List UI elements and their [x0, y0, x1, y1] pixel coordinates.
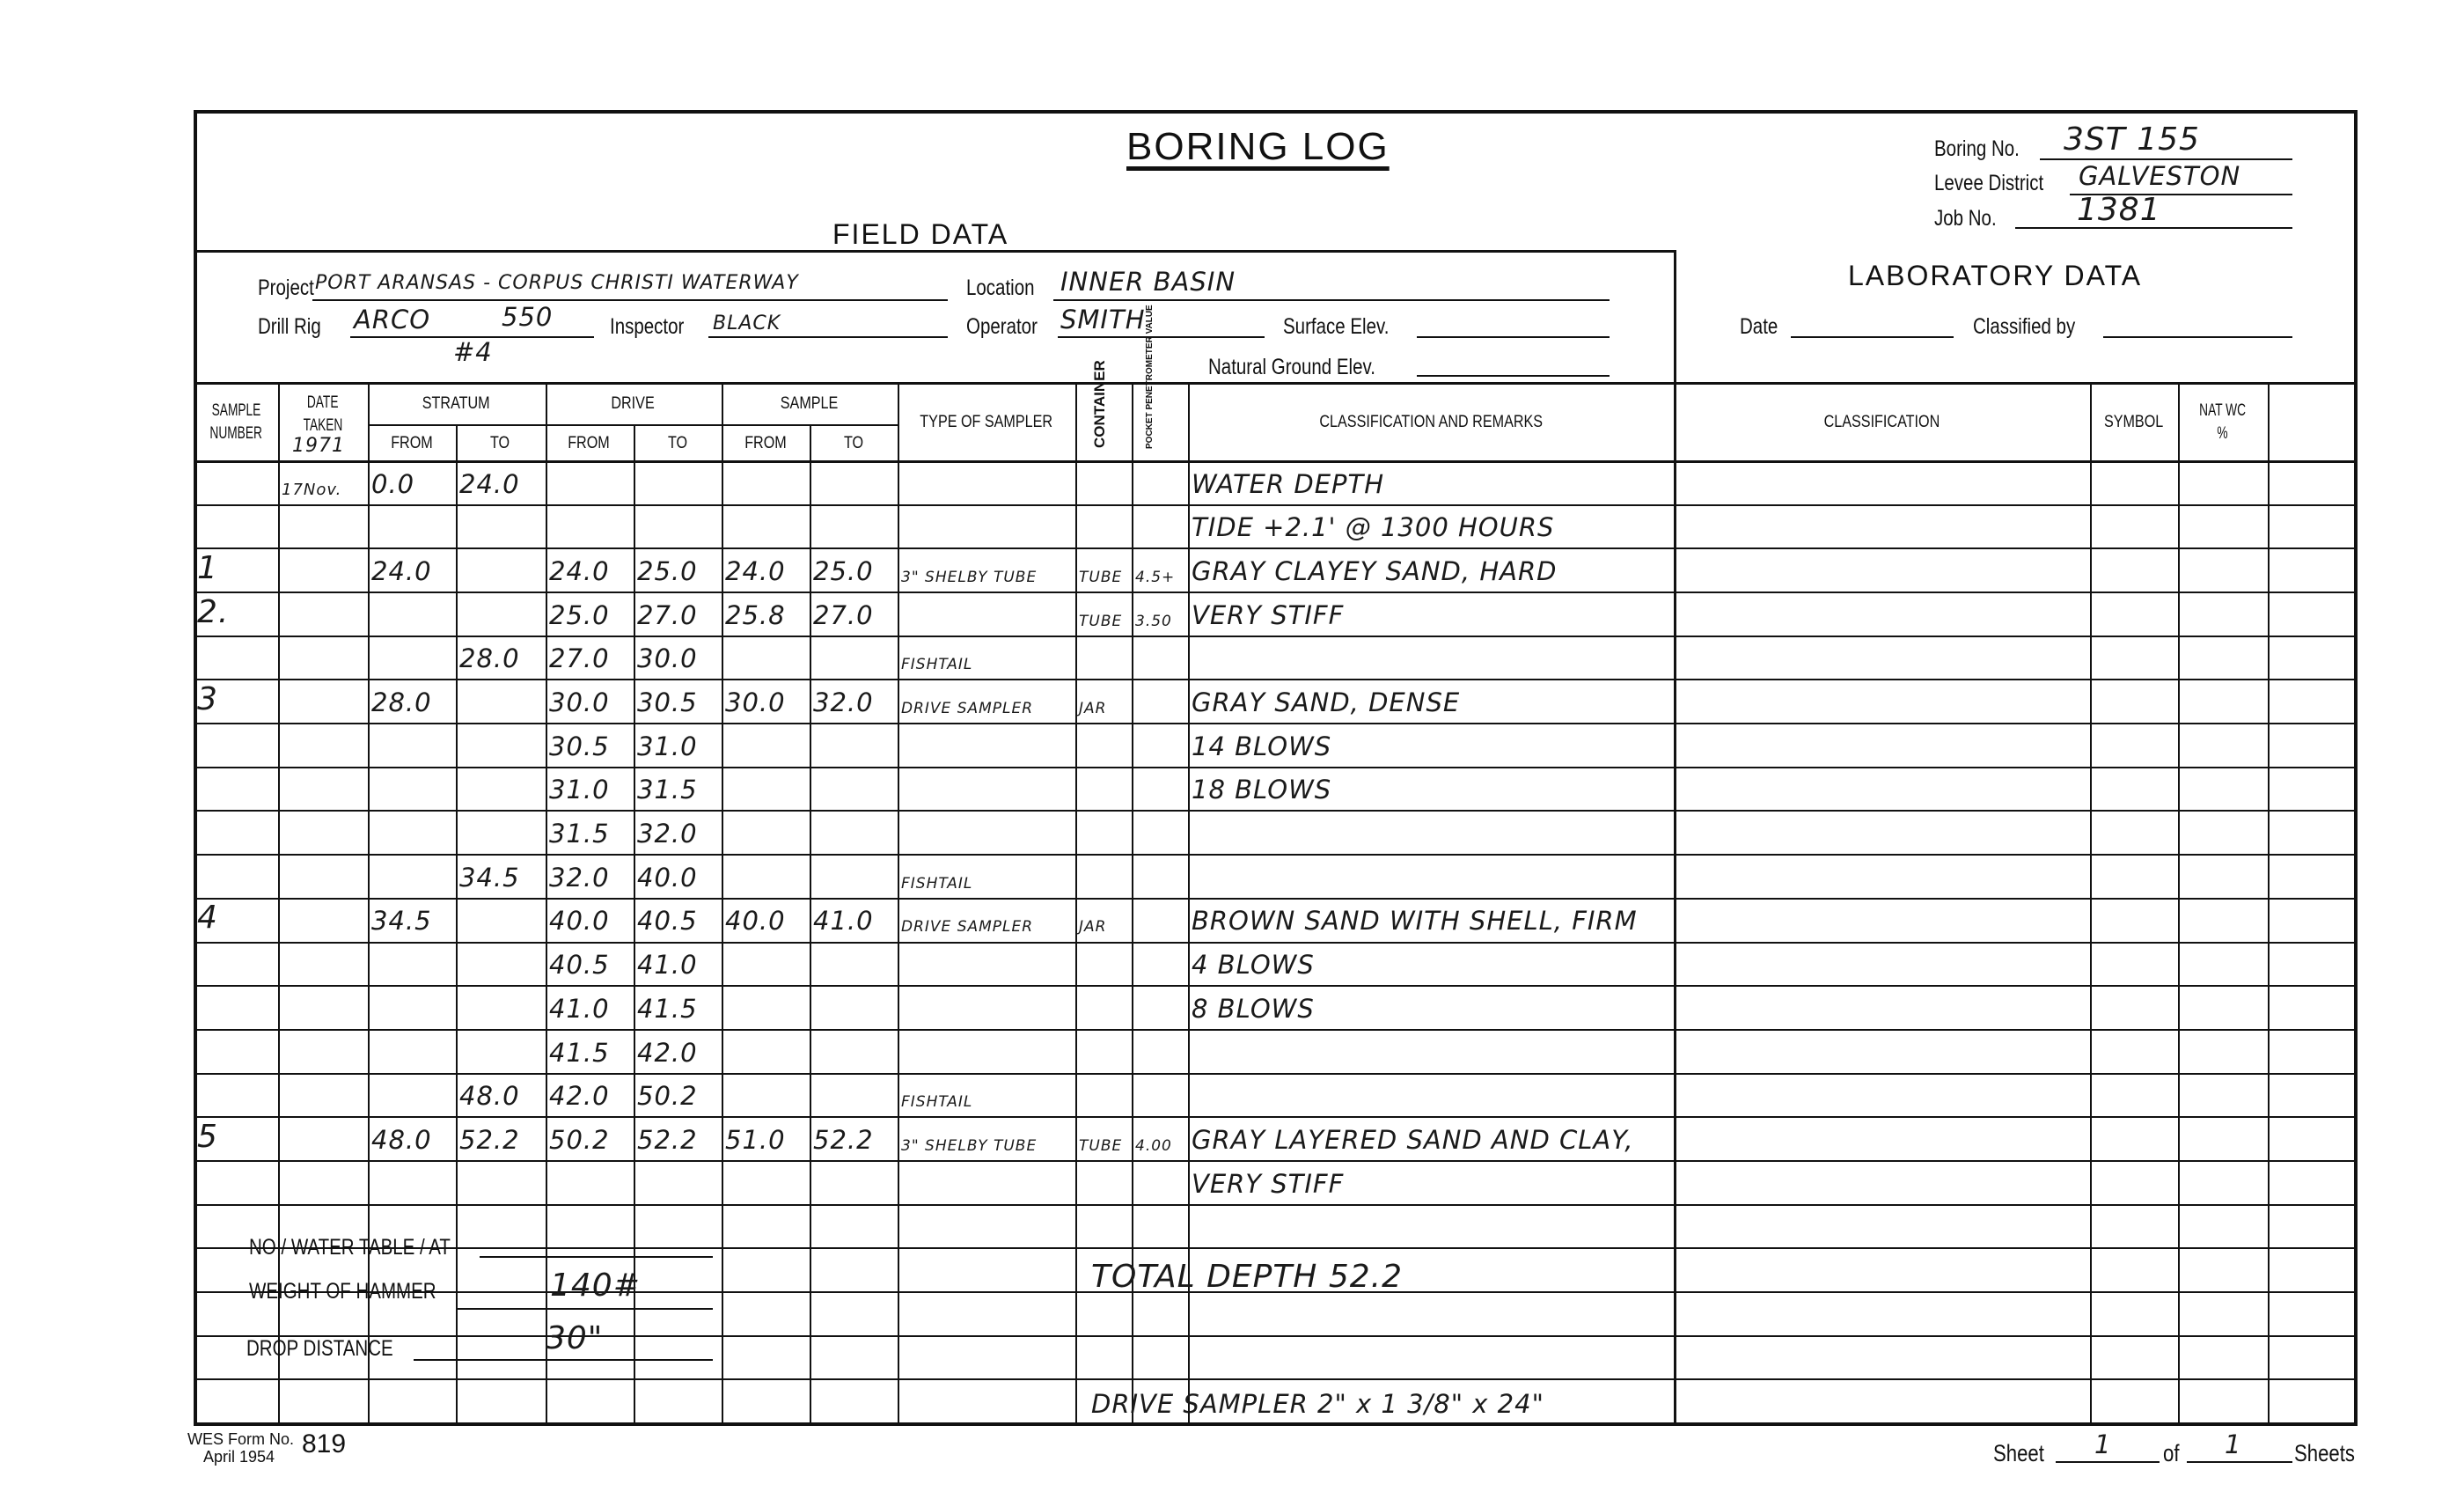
- sheet-no-field[interactable]: [2056, 1461, 2160, 1463]
- cell-sampler: FISHTAIL: [901, 1073, 1074, 1117]
- cell-sampler: [901, 1160, 1074, 1204]
- cell-sample-to: 25.0: [813, 547, 896, 592]
- cell-stratum-to: 52.2: [459, 1116, 544, 1160]
- cell-sample: [197, 1160, 276, 1204]
- boring-no-label: Boring No.: [1934, 136, 2020, 162]
- natural-ground-elev-field[interactable]: [1417, 375, 1610, 377]
- cell-sample-to: 32.0: [813, 679, 896, 723]
- cell-drive-from: 40.5: [549, 942, 632, 986]
- cell-pp: [1135, 1160, 1186, 1204]
- column-divider: [1075, 382, 1077, 1426]
- cell-stratum-from: [371, 1029, 454, 1073]
- cell-container: [1079, 810, 1130, 854]
- surface-elev-label: Surface Elev.: [1283, 314, 1389, 340]
- header-container: CONTAINER: [1091, 352, 1109, 456]
- cell-stratum-from: 28.0: [371, 679, 454, 723]
- cell-date: [282, 547, 366, 592]
- header-year: 1971: [292, 435, 345, 457]
- cell-stratum-to: [459, 985, 544, 1029]
- cell-sample-to: [813, 854, 896, 898]
- cell-drive-to: 32.0: [637, 810, 720, 854]
- cell-remarks: [1192, 854, 1672, 898]
- sheet-no-value: 1: [2094, 1429, 2111, 1459]
- cell-sampler: [901, 723, 1074, 767]
- levee-district-value: GALVESTON: [2079, 161, 2240, 191]
- cell-remarks: TIDE +2.1' @ 1300 HOURS: [1192, 504, 1672, 548]
- hammer-weight-field[interactable]: [458, 1308, 713, 1310]
- cell-stratum-from: [371, 942, 454, 986]
- cell-sample: [197, 723, 276, 767]
- cell-pp: [1135, 636, 1186, 680]
- cell-sample-to: [813, 1029, 896, 1073]
- operator-value: SMITH: [1060, 305, 1146, 334]
- cell-stratum-to: 28.0: [459, 636, 544, 680]
- cell-stratum-to: [459, 810, 544, 854]
- header-nat-wc: NAT WC%: [2178, 384, 2268, 460]
- cell-date: [282, 942, 366, 986]
- cell-remarks: GRAY LAYERED SAND AND CLAY,: [1192, 1116, 1672, 1160]
- cell-drive-from: 42.0: [549, 1073, 632, 1117]
- cell-date: [282, 810, 366, 854]
- cell-remarks: BROWN SAND WITH SHELL, FIRM: [1192, 898, 1672, 942]
- cell-sample-from: 24.0: [725, 547, 808, 592]
- cell-drive-to: 31.0: [637, 723, 720, 767]
- cell-pp: 3.50: [1135, 592, 1186, 636]
- cell-drive-to: [637, 504, 720, 548]
- cell-pp: [1135, 1029, 1186, 1073]
- drill-rig-label: Drill Rig: [258, 314, 321, 340]
- cell-remarks: 8 BLOWS: [1192, 985, 1672, 1029]
- levee-district-label: Levee District: [1934, 171, 2043, 196]
- cell-pp: [1135, 504, 1186, 548]
- cell-drive-to: 30.5: [637, 679, 720, 723]
- header-stratum-to: TO: [456, 426, 544, 460]
- cell-sampler: [901, 592, 1074, 636]
- cell-sample-to: [813, 985, 896, 1029]
- cell-stratum-to: [459, 679, 544, 723]
- total-depth-note: TOTAL DEPTH 52.2: [1091, 1259, 1403, 1295]
- cell-sample: [197, 854, 276, 898]
- cell-pp: [1135, 854, 1186, 898]
- drive-sampler-note: DRIVE SAMPLER 2" x 1 3/8" x 24": [1091, 1389, 1544, 1419]
- cell-remarks: 14 BLOWS: [1192, 723, 1672, 767]
- cell-stratum-from: [371, 810, 454, 854]
- cell-sampler: [901, 942, 1074, 986]
- cell-stratum-to: [459, 723, 544, 767]
- lab-date-field[interactable]: [1791, 336, 1954, 338]
- cell-stratum-from: [371, 504, 454, 548]
- cell-date: [282, 1029, 366, 1073]
- cell-sample-to: [813, 1160, 896, 1204]
- cell-sample-to: [813, 942, 896, 986]
- cell-remarks: [1192, 810, 1672, 854]
- cell-drive-from: 25.0: [549, 592, 632, 636]
- cell-container: JAR: [1079, 679, 1130, 723]
- cell-drive-from: 31.0: [549, 767, 632, 811]
- cell-remarks: 18 BLOWS: [1192, 767, 1672, 811]
- cell-sample-from: [725, 1029, 808, 1073]
- cell-remarks: GRAY SAND, DENSE: [1192, 679, 1672, 723]
- cell-pp: [1135, 985, 1186, 1029]
- cell-sample-from: [725, 810, 808, 854]
- cell-drive-from: 27.0: [549, 636, 632, 680]
- cell-sample-to: [813, 504, 896, 548]
- header-type-of-sampler: TYPE OF SAMPLER: [898, 384, 1075, 460]
- form-title: BORING LOG: [1126, 125, 1390, 169]
- header-stratum: STRATUM: [368, 384, 544, 424]
- field-data-title: FIELD DATA: [832, 218, 1008, 251]
- classified-by-field[interactable]: [2103, 336, 2292, 338]
- header-sample-from: FROM: [722, 426, 810, 460]
- cell-drive-to: 42.0: [637, 1029, 720, 1073]
- cell-sample-to: 52.2: [813, 1116, 896, 1160]
- cell-date: [282, 985, 366, 1029]
- cell-drive-from: 24.0: [549, 547, 632, 592]
- cell-pp: [1135, 767, 1186, 811]
- cell-sample-to: [813, 460, 896, 504]
- cell-stratum-to: [459, 547, 544, 592]
- column-divider: [722, 382, 723, 1426]
- cell-sampler: [901, 504, 1074, 548]
- header-sample: SAMPLE: [722, 384, 898, 424]
- cell-sample-from: [725, 985, 808, 1029]
- cell-sample-from: [725, 460, 808, 504]
- project-value: PORT ARANSAS - CORPUS CHRISTI WATERWAY: [315, 272, 799, 294]
- cell-stratum-to: 34.5: [459, 854, 544, 898]
- sheets-label: Sheets: [2294, 1440, 2355, 1467]
- cell-pp: 4.00: [1135, 1116, 1186, 1160]
- cell-drive-to: 50.2: [637, 1073, 720, 1117]
- cell-sample-to: [813, 767, 896, 811]
- cell-sample: [197, 636, 276, 680]
- cell-date: [282, 723, 366, 767]
- cell-sampler: [901, 1029, 1074, 1073]
- cell-stratum-to: [459, 1160, 544, 1204]
- field-data-divider: [194, 250, 1676, 253]
- cell-stratum-from: [371, 1160, 454, 1204]
- cell-container: [1079, 854, 1130, 898]
- laboratory-data-title: LABORATORY DATA: [1848, 260, 2142, 292]
- cell-container: TUBE: [1079, 1116, 1130, 1160]
- cell-sampler: FISHTAIL: [901, 636, 1074, 680]
- cell-date: [282, 767, 366, 811]
- cell-container: [1079, 1160, 1130, 1204]
- header-pocket-penetrometer: POCKET PENETROMETER VALUE: [1146, 350, 1155, 449]
- column-divider: [278, 382, 280, 1426]
- cell-stratum-from: 48.0: [371, 1116, 454, 1160]
- row-divider: [194, 1378, 2358, 1380]
- cell-stratum-from: [371, 985, 454, 1029]
- column-divider: [456, 424, 458, 1426]
- cell-container: [1079, 460, 1130, 504]
- cell-drive-from: 40.0: [549, 898, 632, 942]
- classified-by-label: Classified by: [1973, 314, 2075, 340]
- cell-stratum-to: [459, 592, 544, 636]
- cell-sampler: [901, 985, 1074, 1029]
- cell-drive-to: 52.2: [637, 1116, 720, 1160]
- drill-rig-number: #4: [453, 337, 493, 367]
- header-symbol: SYMBOL: [2090, 384, 2178, 460]
- cell-sample-from: [725, 767, 808, 811]
- cell-sampler: [901, 460, 1074, 504]
- cell-sample-to: [813, 723, 896, 767]
- cell-stratum-from: 24.0: [371, 547, 454, 592]
- cell-remarks: GRAY CLAYEY SAND, HARD: [1192, 547, 1672, 592]
- form-number: 819: [302, 1429, 346, 1459]
- cell-sample-from: 51.0: [725, 1116, 808, 1160]
- cell-sampler: DRIVE SAMPLER: [901, 898, 1074, 942]
- cell-drive-from: 41.5: [549, 1029, 632, 1073]
- cell-container: [1079, 985, 1130, 1029]
- header-lab-classification: CLASSIFICATION: [1674, 384, 2090, 460]
- cell-date: [282, 1116, 366, 1160]
- cell-drive-to: 40.0: [637, 854, 720, 898]
- cell-drive-from: 31.5: [549, 810, 632, 854]
- header-drive-to: TO: [634, 426, 722, 460]
- column-divider: [546, 382, 547, 1426]
- cell-drive-to: 27.0: [637, 592, 720, 636]
- cell-stratum-from: [371, 767, 454, 811]
- column-divider: [2178, 382, 2180, 1426]
- cell-sample: [197, 1029, 276, 1073]
- cell-stratum-from: [371, 723, 454, 767]
- cell-drive-from: [549, 460, 632, 504]
- cell-drive-from: 30.5: [549, 723, 632, 767]
- header-drive: DRIVE: [544, 384, 722, 424]
- cell-stratum-from: [371, 1073, 454, 1117]
- column-divider: [2268, 382, 2270, 1426]
- cell-stratum-from: [371, 854, 454, 898]
- cell-container: [1079, 723, 1130, 767]
- column-divider: [810, 424, 811, 1426]
- cell-date: [282, 636, 366, 680]
- header-stratum-from: FROM: [368, 426, 456, 460]
- of-label: of: [2163, 1440, 2179, 1467]
- cell-sample: [197, 985, 276, 1029]
- cell-container: [1079, 504, 1130, 548]
- cell-stratum-to: 48.0: [459, 1073, 544, 1117]
- cell-stratum-from: [371, 592, 454, 636]
- cell-sample-to: 27.0: [813, 592, 896, 636]
- drop-distance-label: DROP DISTANCE: [246, 1336, 393, 1362]
- cell-container: TUBE: [1079, 592, 1130, 636]
- cell-sample-from: [725, 854, 808, 898]
- location-label: Location: [966, 276, 1035, 301]
- cell-drive-to: [637, 1160, 720, 1204]
- cell-sample: [197, 504, 276, 548]
- cell-pp: [1135, 810, 1186, 854]
- location-value: INNER BASIN: [1060, 267, 1236, 297]
- cell-remarks: WATER DEPTH: [1192, 460, 1672, 504]
- drill-rig-value: ARCO: [354, 305, 430, 334]
- cell-remarks: VERY STIFF: [1192, 1160, 1672, 1204]
- cell-sampler: [901, 767, 1074, 811]
- cell-sample-to: 41.0: [813, 898, 896, 942]
- header-sample-number: SAMPLENUMBER: [194, 384, 278, 460]
- column-divider: [898, 382, 899, 1426]
- cell-container: [1079, 942, 1130, 986]
- cell-drive-from: 41.0: [549, 985, 632, 1029]
- header-sample-to: TO: [810, 426, 898, 460]
- cell-sample-from: 30.0: [725, 679, 808, 723]
- cell-sample-from: [725, 504, 808, 548]
- surface-elev-field[interactable]: [1417, 336, 1610, 338]
- cell-pp: 4.5+: [1135, 547, 1186, 592]
- job-no-label: Job No.: [1934, 206, 1997, 231]
- cell-sample-from: 25.8: [725, 592, 808, 636]
- row-divider: [194, 1335, 2358, 1337]
- cell-date: [282, 592, 366, 636]
- cell-sampler: FISHTAIL: [901, 854, 1074, 898]
- hammer-weight-label: WEIGHT OF HAMMER: [249, 1279, 436, 1304]
- cell-stratum-to: [459, 767, 544, 811]
- project-field[interactable]: [312, 299, 948, 301]
- cell-stratum-from: 34.5: [371, 898, 454, 942]
- project-label: Project: [258, 276, 314, 301]
- cell-sample-from: [725, 942, 808, 986]
- cell-sample: 2.: [197, 592, 276, 636]
- cell-container: [1079, 1029, 1130, 1073]
- cell-stratum-to: [459, 898, 544, 942]
- cell-sampler: 3" SHELBY TUBE: [901, 547, 1074, 592]
- water-table-label: NO / WATER TABLE / AT: [249, 1235, 451, 1260]
- cell-sample: 1: [197, 547, 276, 592]
- cell-pp: [1135, 942, 1186, 986]
- cell-pp: [1135, 1073, 1186, 1117]
- cell-sampler: DRIVE SAMPLER: [901, 679, 1074, 723]
- cell-sample-from: [725, 1073, 808, 1117]
- cell-drive-from: 32.0: [549, 854, 632, 898]
- cell-container: JAR: [1079, 898, 1130, 942]
- cell-sample-from: [725, 723, 808, 767]
- cell-remarks: [1192, 1073, 1672, 1117]
- sheet-label: Sheet: [1993, 1440, 2044, 1467]
- cell-drive-from: [549, 504, 632, 548]
- cell-pp: [1135, 679, 1186, 723]
- cell-drive-to: 30.0: [637, 636, 720, 680]
- total-sheets-value: 1: [2225, 1429, 2241, 1459]
- header-drive-from: FROM: [544, 426, 634, 460]
- cell-container: [1079, 767, 1130, 811]
- water-table-field[interactable]: [480, 1256, 713, 1258]
- cell-pp: [1135, 898, 1186, 942]
- boring-no-value: 3ST 155: [2064, 121, 2200, 158]
- cell-drive-to: 41.5: [637, 985, 720, 1029]
- cell-sampler: 3" SHELBY TUBE: [901, 1116, 1074, 1160]
- cell-drive-to: 40.5: [637, 898, 720, 942]
- cell-date: [282, 504, 366, 548]
- row-divider: [194, 1204, 2358, 1206]
- cell-stratum-from: [371, 636, 454, 680]
- cell-sample-to: [813, 810, 896, 854]
- cell-drive-from: [549, 1160, 632, 1204]
- cell-container: [1079, 1073, 1130, 1117]
- cell-sample: [197, 767, 276, 811]
- total-sheets-field[interactable]: [2187, 1461, 2292, 1463]
- cell-date: [282, 898, 366, 942]
- cell-drive-from: 50.2: [549, 1116, 632, 1160]
- cell-sample: [197, 1073, 276, 1117]
- cell-remarks: 4 BLOWS: [1192, 942, 1672, 986]
- hammer-weight-value: 140#: [550, 1268, 641, 1304]
- cell-sample-to: [813, 1073, 896, 1117]
- location-field[interactable]: [1053, 299, 1610, 301]
- natural-ground-elev-label: Natural Ground Elev.: [1208, 355, 1375, 380]
- row-divider: [194, 1247, 2358, 1249]
- cell-drive-to: [637, 460, 720, 504]
- boring-no-field[interactable]: [2040, 158, 2292, 160]
- cell-sample-from: [725, 636, 808, 680]
- header-classification-remarks: CLASSIFICATION AND REMARKS: [1188, 384, 1674, 460]
- cell-container: TUBE: [1079, 547, 1130, 592]
- cell-date: [282, 1160, 366, 1204]
- cell-sample: 3: [197, 679, 276, 723]
- cell-drive-to: 31.5: [637, 767, 720, 811]
- cell-sample: 4: [197, 898, 276, 942]
- job-no-value: 1381: [2077, 192, 2161, 228]
- cell-sample: [197, 460, 276, 504]
- cell-stratum-to: [459, 942, 544, 986]
- cell-sample: [197, 810, 276, 854]
- inspector-field[interactable]: [708, 336, 948, 338]
- cell-drive-to: 25.0: [637, 547, 720, 592]
- cell-sample: [197, 942, 276, 986]
- cell-stratum-to: [459, 504, 544, 548]
- operator-field[interactable]: [1058, 336, 1265, 338]
- cell-date: [282, 679, 366, 723]
- cell-stratum-to: [459, 1029, 544, 1073]
- cell-date: 17Nov.: [282, 460, 366, 504]
- cell-drive-to: 41.0: [637, 942, 720, 986]
- cell-remarks: VERY STIFF: [1192, 592, 1672, 636]
- lab-date-label: Date: [1740, 314, 1778, 340]
- column-divider: [368, 382, 370, 1426]
- cell-stratum-to: 24.0: [459, 460, 544, 504]
- column-divider: [2090, 382, 2092, 1426]
- cell-pp: [1135, 723, 1186, 767]
- cell-sample-to: [813, 636, 896, 680]
- cell-container: [1079, 636, 1130, 680]
- inspector-value: BLACK: [713, 312, 781, 334]
- drop-distance-field[interactable]: [414, 1359, 713, 1361]
- cell-sampler: [901, 810, 1074, 854]
- inspector-label: Inspector: [610, 314, 684, 340]
- cell-remarks: [1192, 1029, 1672, 1073]
- drop-distance-value: 30": [546, 1320, 603, 1356]
- cell-remarks: [1192, 636, 1672, 680]
- operator-label: Operator: [966, 314, 1038, 340]
- cell-pp: [1135, 460, 1186, 504]
- cell-date: [282, 854, 366, 898]
- cell-sample-from: [725, 1160, 808, 1204]
- cell-sample: 5: [197, 1116, 276, 1160]
- drill-rig-model: 550: [502, 302, 553, 332]
- form-number-label: WES Form No. April 1954: [187, 1431, 294, 1466]
- cell-date: [282, 1073, 366, 1117]
- cell-stratum-from: 0.0: [371, 460, 454, 504]
- cell-drive-from: 30.0: [549, 679, 632, 723]
- cell-sample-from: 40.0: [725, 898, 808, 942]
